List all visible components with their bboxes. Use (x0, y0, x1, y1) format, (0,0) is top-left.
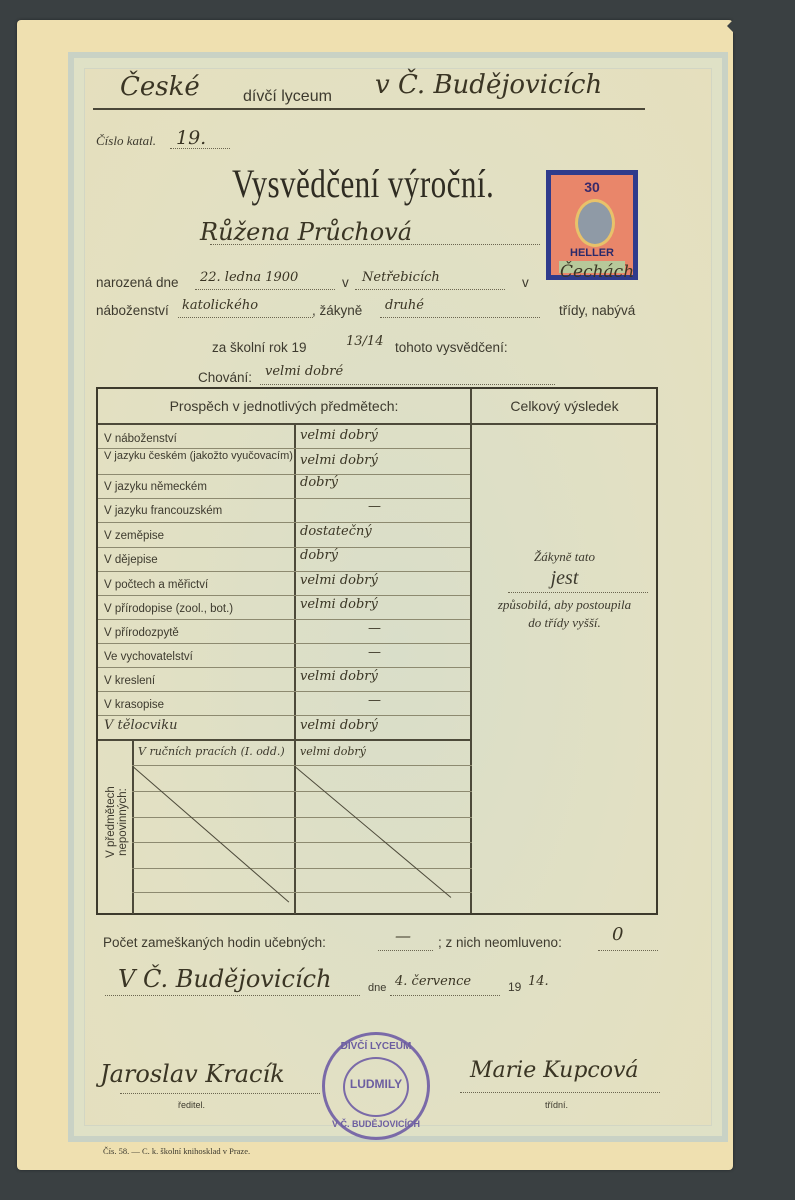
result-line-1: Žákyně tato (472, 549, 657, 565)
stamp-currency: HELLER (551, 247, 633, 259)
birth-place: Netřebicích (362, 270, 440, 285)
absence-value: — (395, 926, 411, 945)
subject-label: V přírodopise (zool., bot.) (104, 603, 233, 615)
place-prefix: v (342, 275, 349, 290)
subject-label: V jazyku francouzském (104, 505, 222, 517)
subject-label: V krasopise (104, 699, 164, 711)
subject-grade: velmi dobrý (300, 573, 378, 588)
subject-grade: dostatečný (300, 524, 372, 539)
year-label: za školní rok 19 (212, 340, 307, 355)
school-name-printed: dívčí lyceum (243, 88, 332, 106)
unexcused-label: ; z nich neomluveno: (438, 935, 562, 950)
unexcused-value: 0 (612, 924, 623, 945)
grade-column-divider (294, 424, 296, 740)
place: V Č. Budějovicích (118, 965, 332, 993)
conduct-line (260, 384, 555, 385)
printer-imprint: Čís. 58. — C. k. školní knihosklad v Pra… (103, 1146, 250, 1156)
year-prefix: 19 (508, 980, 521, 994)
header-subjects: Prospěch v jednotlivých předmětech: (98, 389, 470, 423)
date: 4. července (395, 974, 471, 989)
subject-label: V kreslení (104, 675, 155, 687)
born-date: 22. ledna 1900 (200, 270, 298, 285)
subject-grade: velmi dobrý (300, 669, 378, 684)
catalog-dotted-line (170, 148, 230, 149)
born-line (195, 289, 335, 290)
student-name: Růžena Průchová (200, 218, 412, 246)
subject-label: V jazyku českém (jakožto vyučovacím) (104, 451, 294, 462)
religion: katolického (182, 298, 258, 313)
header-line (98, 423, 658, 425)
religion-line (178, 317, 313, 318)
region-prefix: v (522, 275, 529, 290)
strike-diagonal (132, 766, 289, 903)
subject-label: V počtech a měřictví (104, 579, 208, 591)
born-label: narozená dne (96, 275, 179, 290)
result-hand: jest (472, 567, 657, 590)
result-line-2: způsobilá, aby postoupila (472, 597, 657, 613)
table-column-divider (470, 389, 472, 913)
school-seal: DÍVČÍ LYCEUM LUDMILY V Č. BUDĚJOVICÍCH (322, 1032, 430, 1140)
subject-label: V přírodozpytě (104, 627, 179, 639)
seal-bottom-text: V Č. BUDĚJOVICÍCH (325, 1119, 427, 1129)
subject-grade: dobrý (300, 475, 338, 490)
mandatory-end-line (98, 739, 472, 741)
subject-label: Ve vychovatelství (104, 651, 193, 663)
place-line (355, 289, 505, 290)
pupil-label: , žákyně (312, 303, 362, 318)
year-suffix: tohoto vysvědčení: (395, 340, 508, 355)
catalog-label: Číslo katal. (96, 133, 156, 149)
catalog-value: 19. (176, 127, 206, 149)
teacher-role: třídní. (545, 1100, 568, 1110)
grades-table: Prospěch v jednotlivých předmětech: Celk… (96, 387, 658, 915)
optional-subject: V ručních pracích (I. odd.) (138, 745, 285, 758)
subject-grade: velmi dobrý (300, 428, 378, 443)
school-name-hand-suffix: v Č. Budějovicích (375, 70, 602, 100)
region: Čechách (560, 262, 634, 282)
subject-grade: — (368, 645, 381, 660)
absence-label: Počet zameškaných hodin učebných: (103, 935, 326, 950)
strike-diagonal (294, 766, 451, 898)
name-line (210, 244, 540, 245)
optional-vertical-label: V předmětech nepovinných: (101, 740, 133, 910)
class-suffix: třídy, nabývá (559, 303, 635, 318)
school-line (93, 108, 645, 110)
conduct-value: velmi dobré (265, 364, 343, 379)
subject-grade: dobrý (300, 548, 338, 563)
subject-grade: velmi dobrý (300, 453, 378, 468)
subject-grade: — (368, 499, 381, 514)
stamp-portrait-icon (575, 199, 615, 247)
subject-label: V tělocviku (104, 718, 177, 733)
subject-grade: — (368, 693, 381, 708)
header-result: Celkový výsledek (472, 389, 657, 423)
class-value: druhé (385, 298, 424, 313)
subject-label: V dějepise (104, 554, 158, 566)
year-value: 13/14 (346, 334, 383, 349)
religion-label: náboženství (96, 303, 169, 318)
subject-grade: velmi dobrý (300, 597, 378, 612)
stamp-value: 30 (551, 179, 633, 195)
teacher-signature: Marie Kupcová (470, 1058, 639, 1083)
result-line-3: do třídy vyšší. (472, 615, 657, 631)
director-signature: Jaroslav Kracík (100, 1060, 285, 1088)
class-line (380, 317, 540, 318)
director-role: ředitel. (178, 1100, 205, 1110)
subject-label: V zeměpise (104, 530, 164, 542)
year-suffix: 14. (528, 974, 549, 989)
document-title: Vysvědčení výroční. (232, 160, 494, 207)
seal-top-text: DÍVČÍ LYCEUM (325, 1041, 427, 1052)
subject-grade: velmi dobrý (300, 718, 378, 733)
seal-middle-text: LUDMILY (325, 1077, 427, 1091)
date-label: dne (368, 982, 386, 994)
conduct-label: Chování: (198, 370, 252, 385)
optional-grade: velmi dobrý (300, 745, 366, 758)
subject-grade: — (368, 621, 381, 636)
school-name-hand-prefix: České (120, 72, 200, 102)
